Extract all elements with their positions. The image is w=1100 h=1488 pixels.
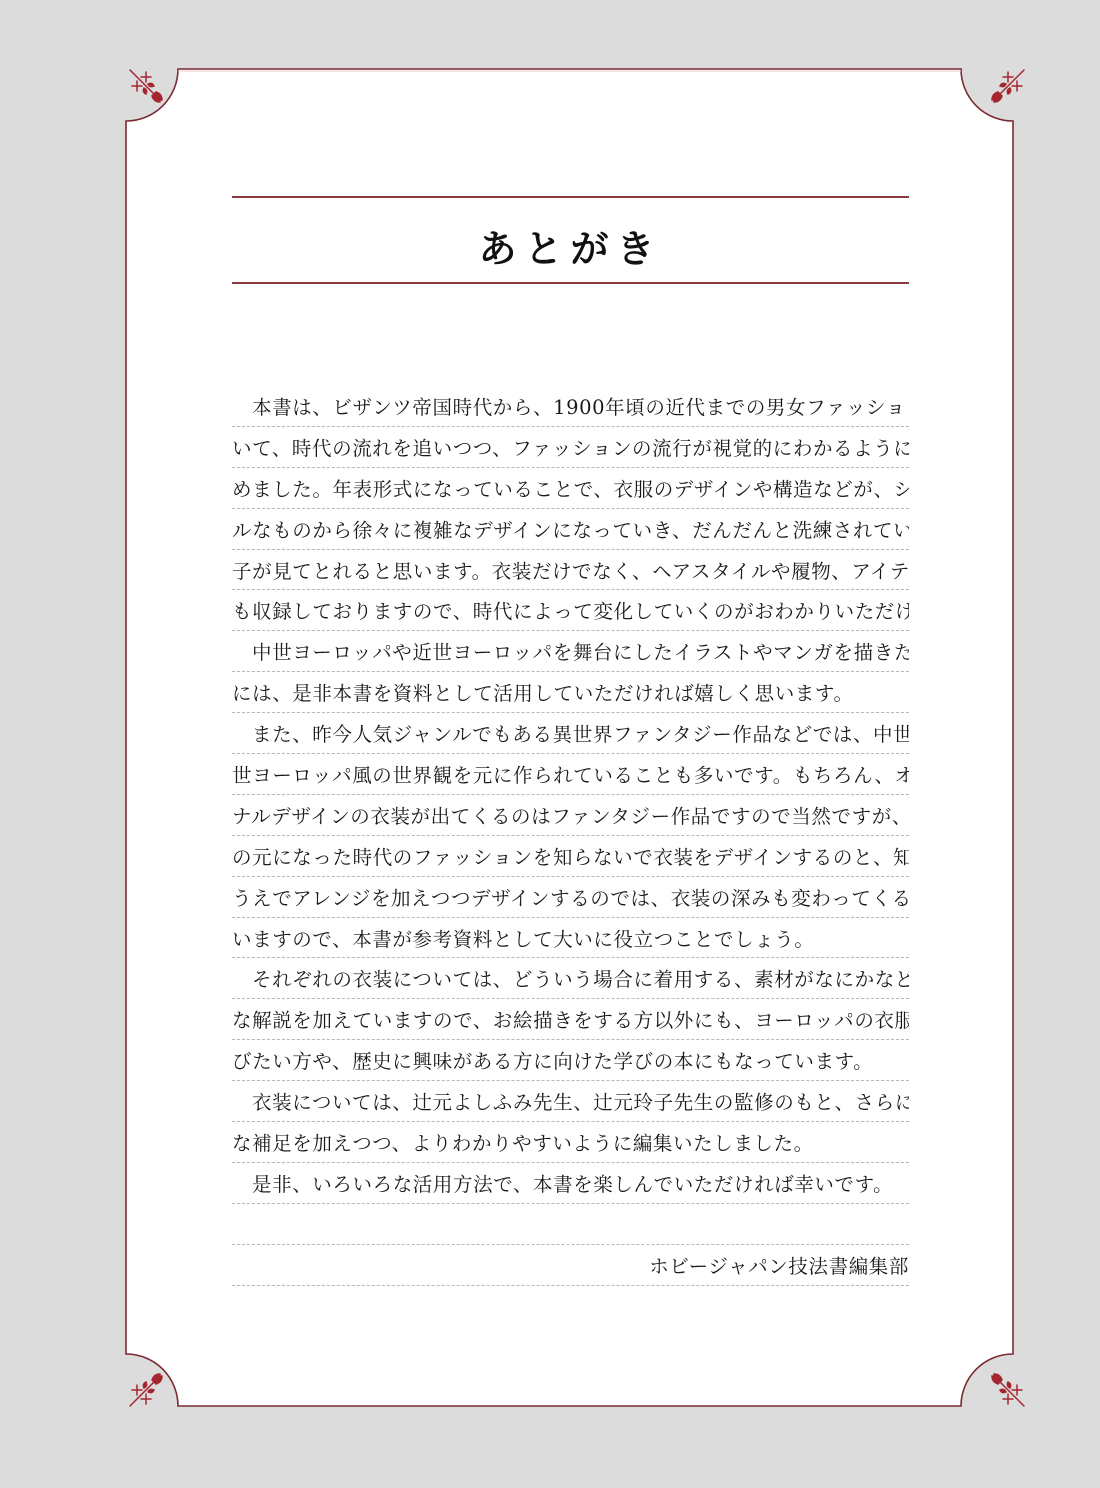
fleur-ornament-top-right-icon	[980, 66, 1028, 114]
fleur-ornament-bottom-left-icon	[126, 1362, 174, 1410]
title-rule-bottom	[232, 282, 909, 284]
text-line: ナルデザインの衣装が出てくるのはファンタジー作品ですので当然ですが、実際	[232, 795, 909, 836]
text-line: また、昨今人気ジャンルでもある異世界ファンタジー作品などでは、中世～近	[232, 713, 909, 754]
text-line: びたい方や、歴史に興味がある方に向けた学びの本にもなっています。	[232, 1040, 909, 1081]
text-line: いますので、本書が参考資料として大いに役立つことでしょう。	[232, 918, 909, 959]
text-line: も収録しておりますので、時代によって変化していくのがおわかりいただけます。	[232, 590, 909, 631]
text-line: には、是非本書を資料として活用していただければ嬉しく思います。	[232, 672, 909, 713]
text-line	[232, 1204, 909, 1245]
text-line: の元になった時代のファッションを知らないで衣装をデザインするのと、知った	[232, 836, 909, 877]
afterword-body: 本書は、ビザンツ帝国時代から、1900年頃の近代までの男女ファッションにつ いて…	[232, 386, 909, 1286]
text-line: めました。年表形式になっていることで、衣服のデザインや構造などが、シンプ	[232, 468, 909, 509]
text-line: 是非、いろいろな活用方法で、本書を楽しんでいただければ幸いです。	[232, 1163, 909, 1204]
text-line: 本書は、ビザンツ帝国時代から、1900年頃の近代までの男女ファッションにつ	[232, 386, 909, 427]
title-rule-top	[232, 196, 909, 198]
text-line: な解説を加えていますので、お絵描きをする方以外にも、ヨーロッパの衣服を学	[232, 999, 909, 1040]
text-line: 中世ヨーロッパや近世ヨーロッパを舞台にしたイラストやマンガを描きたい方	[232, 631, 909, 672]
text-line: いて、時代の流れを追いつつ、ファッションの流行が視覚的にわかるようにまと	[232, 427, 909, 468]
text-line: 子が見てとれると思います。衣装だけでなく、ヘアスタイルや履物、アイテムなど	[232, 550, 909, 591]
signature: ホビージャパン技法書編集部	[232, 1245, 909, 1286]
text-line: それぞれの衣装については、どういう場合に着用する、素材がなにかなど丁寧	[232, 958, 909, 999]
text-line: な補足を加えつつ、よりわかりやすいように編集いたしました。	[232, 1122, 909, 1163]
text-line: ルなものから徐々に複雑なデザインになっていき、だんだんと洗練されていく様	[232, 509, 909, 550]
text-line: 世ヨーロッパ風の世界観を元に作られていることも多いです。もちろん、オリジ	[232, 754, 909, 795]
text-line: うえでアレンジを加えつつデザインするのでは、衣装の深みも変わってくると思	[232, 877, 909, 918]
text-line: 衣装については、辻元よしふみ先生、辻元玲子先生の監修のもと、さらに詳細	[232, 1081, 909, 1122]
fleur-ornament-bottom-right-icon	[980, 1362, 1028, 1410]
page-title: あとがき	[232, 218, 909, 273]
fleur-ornament-top-left-icon	[126, 66, 174, 114]
